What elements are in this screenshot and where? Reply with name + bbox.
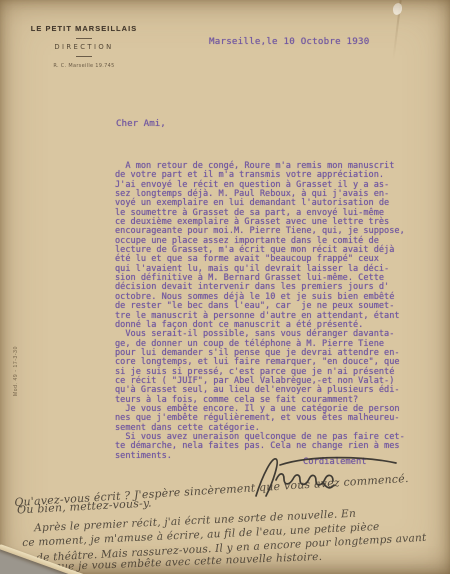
- printer-edge-mark: Mod. 49 - 17-3-30: [13, 346, 19, 396]
- salutation: Cher Ami,: [116, 118, 166, 129]
- department-label: DIRECTION: [24, 43, 144, 51]
- letterhead-divider: [76, 56, 92, 57]
- registration-number: R. C. Marseille 19.745: [24, 63, 144, 69]
- company-name: LE PETIT MARSEILLAIS: [24, 24, 144, 33]
- letterhead-divider: [76, 38, 92, 39]
- paper-chip: [392, 2, 404, 16]
- letterhead: LE PETIT MARSEILLAIS DIRECTION R. C. Mar…: [24, 24, 144, 69]
- typed-body: A mon retour de congé, Roure m'a remis m…: [115, 162, 415, 461]
- dateline: Marseille,le 10 Octobre 1930: [209, 36, 369, 47]
- letter-page: LE PETIT MARSEILLAIS DIRECTION R. C. Mar…: [0, 0, 450, 574]
